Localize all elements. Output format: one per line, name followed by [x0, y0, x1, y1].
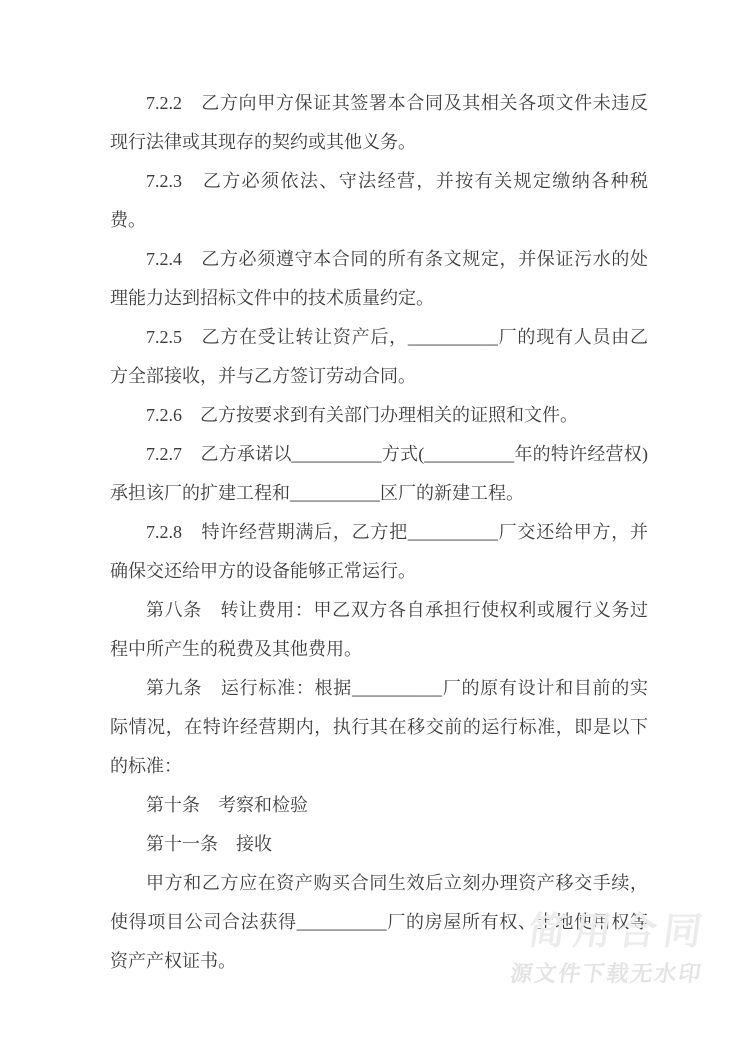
clause-7-2-5: 7.2.5 乙方在受让转让资产后，__________厂的现有人员由乙方全部接收… [110, 318, 648, 396]
clause-7-2-6: 7.2.6 乙方按要求到有关部门办理相关的证照和文件。 [110, 396, 648, 435]
article-9-operation-standard: 第九条 运行标准：根据__________厂的原有设计和目前的实际情况，在特许经… [110, 669, 648, 786]
contract-body: 7.2.2 乙方向甲方保证其签署本合同及其相关各项文件未违反现行法律或其现存的契… [110, 84, 648, 981]
article-10-inspection: 第十条 考察和检验 [110, 786, 648, 825]
article-8-transfer-fees: 第八条 转让费用：甲乙双方各自承担行使权利或履行义务过程中所产生的税费及其他费用… [110, 591, 648, 669]
article-11-acceptance: 第十一条 接收 [110, 825, 648, 864]
asset-handover-paragraph: 甲方和乙方应在资产购买合同生效后立刻办理资产移交手续，使得项目公司合法获得___… [110, 864, 648, 981]
clause-7-2-2: 7.2.2 乙方向甲方保证其签署本合同及其相关各项文件未违反现行法律或其现存的契… [110, 84, 648, 162]
clause-7-2-4: 7.2.4 乙方必须遵守本合同的所有条文规定，并保证污水的处理能力达到招标文件中… [110, 240, 648, 318]
clause-7-2-3: 7.2.3 乙方必须依法、守法经营，并按有关规定缴纳各种税费。 [110, 162, 648, 240]
document-page: 7.2.2 乙方向甲方保证其签署本合同及其相关各项文件未违反现行法律或其现存的契… [0, 0, 742, 1049]
clause-7-2-7: 7.2.7 乙方承诺以__________方式(__________年的特许经营… [110, 435, 648, 513]
clause-7-2-8: 7.2.8 特许经营期满后，乙方把__________厂交还给甲方，并确保交还给… [110, 513, 648, 591]
